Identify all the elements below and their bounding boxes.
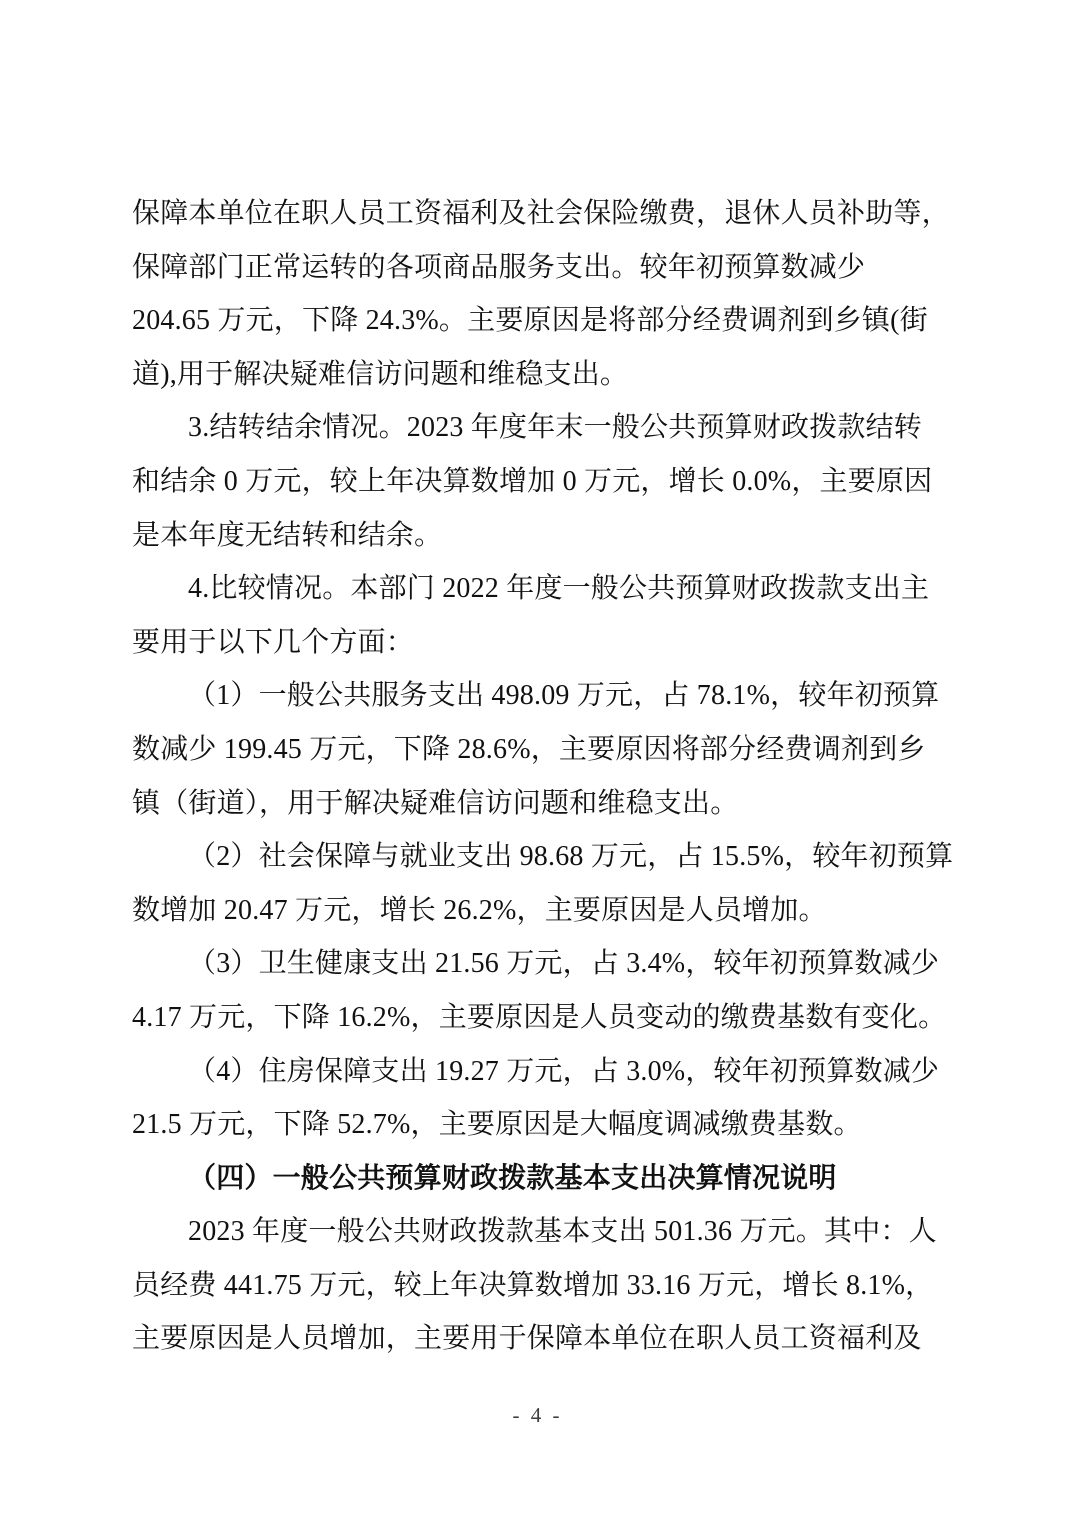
text-line: 204.65 万元，下降 24.3%。主要原因是将部分经费调剂到乡镇(街 (132, 294, 947, 348)
document-page: 保障本单位在职人员工资福利及社会保险缴费，退休人员补助等，保障部门正常运转的各项… (0, 0, 1075, 1520)
text-line: 数增加 20.47 万元，增长 26.2%，主要原因是人员增加。 (132, 884, 947, 938)
text-line: 4.比较情况。本部门 2022 年度一般公共预算财政拨款支出主 (132, 562, 947, 616)
text-line: （3）卫生健康支出 21.56 万元，占 3.4%，较年初预算数减少 (132, 937, 947, 991)
section-heading-line: （四）一般公共预算财政拨款基本支出决算情况说明 (132, 1152, 947, 1206)
text-line: 要用于以下几个方面： (132, 616, 947, 670)
text-line: 是本年度无结转和结余。 (132, 509, 947, 563)
text-line: 保障部门正常运转的各项商品服务支出。较年初预算数减少 (132, 241, 947, 295)
text-line: （4）住房保障支出 19.27 万元，占 3.0%，较年初预算数减少 (132, 1045, 947, 1099)
document-body: 保障本单位在职人员工资福利及社会保险缴费，退休人员补助等，保障部门正常运转的各项… (132, 187, 947, 1366)
text-line: （2）社会保障与就业支出 98.68 万元，占 15.5%，较年初预算 (132, 830, 947, 884)
text-line: 21.5 万元，下降 52.7%，主要原因是大幅度调减缴费基数。 (132, 1098, 947, 1152)
text-line: 员经费 441.75 万元，较上年决算数增加 33.16 万元，增长 8.1%， (132, 1259, 947, 1313)
text-line: 保障本单位在职人员工资福利及社会保险缴费，退休人员补助等， (132, 187, 947, 241)
text-line: 2023 年度一般公共财政拨款基本支出 501.36 万元。其中：人 (132, 1205, 947, 1259)
page-number: - 4 - (0, 1400, 1075, 1430)
text-line: 4.17 万元，下降 16.2%，主要原因是人员变动的缴费基数有变化。 (132, 991, 947, 1045)
text-line: 道),用于解决疑难信访问题和维稳支出。 (132, 348, 947, 402)
text-line: 和结余 0 万元，较上年决算数增加 0 万元，增长 0.0%，主要原因 (132, 455, 947, 509)
text-line: 3.结转结余情况。2023 年度年末一般公共预算财政拨款结转 (132, 401, 947, 455)
text-line: 主要原因是人员增加，主要用于保障本单位在职人员工资福利及 (132, 1312, 947, 1366)
text-line: 数减少 199.45 万元，下降 28.6%，主要原因将部分经费调剂到乡 (132, 723, 947, 777)
text-line: 镇（街道），用于解决疑难信访问题和维稳支出。 (132, 777, 947, 831)
text-line: （1）一般公共服务支出 498.09 万元，占 78.1%，较年初预算 (132, 669, 947, 723)
